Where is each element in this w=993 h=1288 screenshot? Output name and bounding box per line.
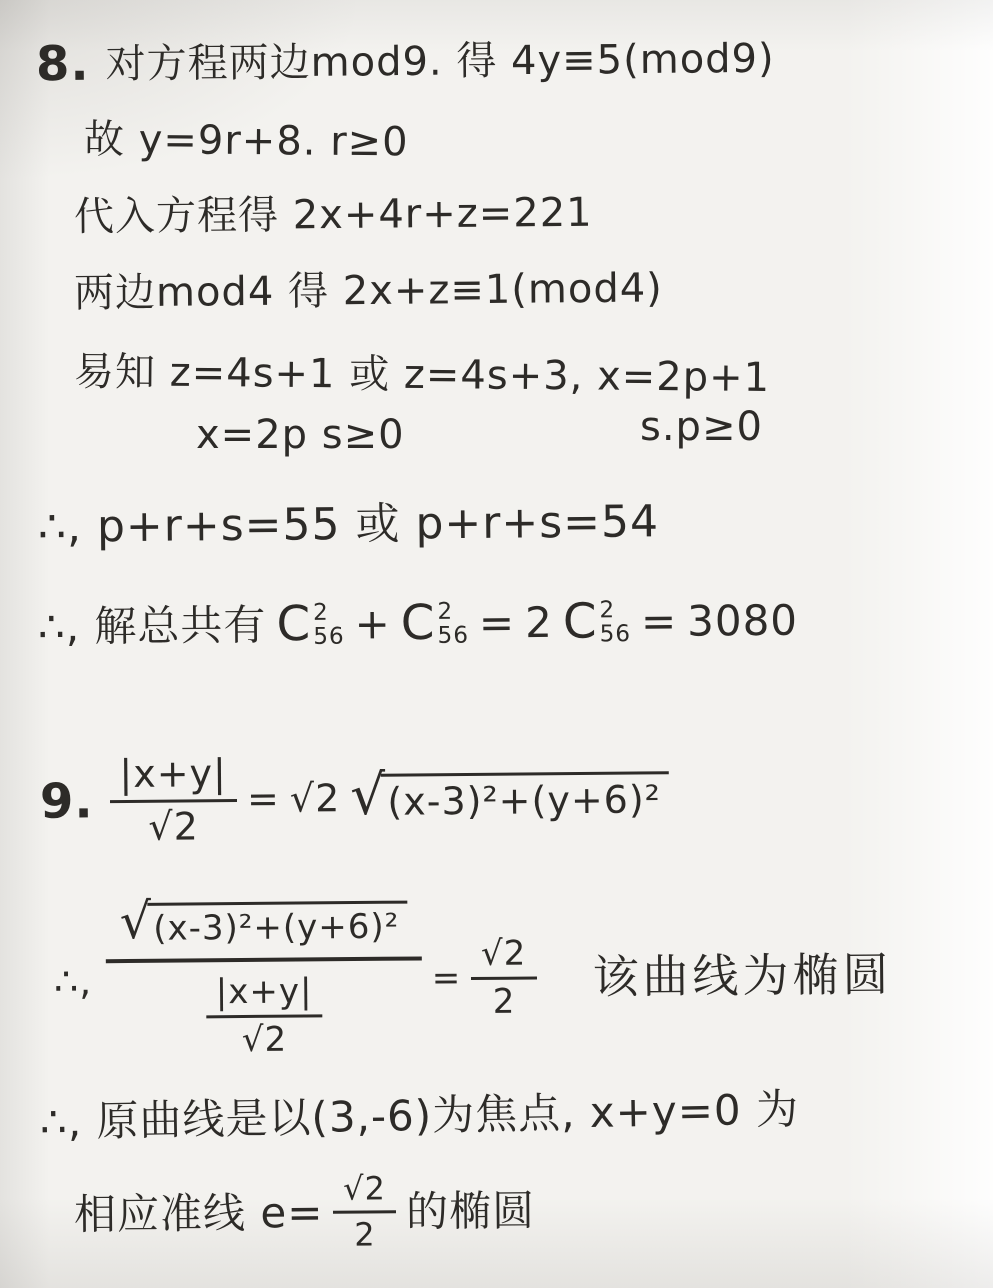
p9-line4-suffix: 的椭圆	[406, 1187, 535, 1236]
p8-line2-text: 故 y=9r+8. r≥0	[84, 117, 409, 166]
rhs-denominator: 2	[483, 980, 526, 1022]
sqrt2-coefficient: √2	[290, 778, 341, 822]
p9-equation1: 9. |x+y| √2 = √2 √ (x-3)²+(y+6)²	[40, 749, 670, 849]
p8-line7-text: ∴, p+r+s=55 或 p+r+s=54	[38, 497, 659, 553]
nested-denominator: √2	[232, 1018, 298, 1060]
p9-line4: 相应准线 e= √2 2 的椭圆	[74, 1170, 536, 1255]
radicand: (x-3)²+(y+6)²	[147, 901, 407, 949]
comb-letter: C	[276, 597, 311, 653]
coefficient-two: 2	[525, 598, 553, 647]
comb-subscript: 56	[437, 623, 469, 648]
p8-line7: ∴, p+r+s=55 或 p+r+s=54	[38, 497, 659, 553]
p9-line4-prefix: 相应准线 e=	[74, 1188, 324, 1238]
comb-superscript: 2	[313, 600, 345, 625]
lhs-fraction: |x+y| √2	[109, 753, 237, 849]
p8-line3-text: 代入方程得 2x+4r+z=221	[74, 190, 593, 241]
p8-line8-prefix: ∴, 解总共有	[38, 601, 267, 651]
combination-symbol: C 2 56	[563, 594, 632, 650]
p8-line3: 代入方程得 2x+4r+z=221	[74, 190, 593, 241]
nested-numerator: |x+y|	[206, 973, 323, 1018]
comb-letter: C	[401, 596, 436, 652]
rhs-fraction: √2 2	[471, 935, 537, 1021]
handwritten-solution-page: 8. 对方程两边mod9. 得 4y≡5(mod9) 故 y=9r+8. r≥0…	[0, 0, 993, 1288]
p8-line6a-text: x=2p s≥0	[196, 412, 405, 458]
comb-subscript: 56	[600, 622, 632, 647]
p9-line3: ∴, 原曲线是以(3,-6)为焦点, x+y=0 为	[40, 1085, 800, 1147]
p8-problem-number: 8.	[36, 37, 90, 93]
p9-problem-number: 9.	[40, 774, 94, 830]
p8-line4: 两边mod4 得 2x+z≡1(mod4)	[74, 265, 663, 316]
comb-letter: C	[563, 594, 598, 650]
equals-sign: =	[247, 778, 280, 822]
p8-line6a: x=2p s≥0	[196, 412, 405, 458]
e-numerator: √2	[333, 1171, 396, 1214]
radical-sign: √	[350, 772, 387, 819]
equals-sign: =	[641, 597, 678, 646]
square-root: √ (x-3)²+(y+6)²	[350, 771, 669, 824]
p8-line1: 8. 对方程两边mod9. 得 4y≡5(mod9)	[36, 31, 775, 93]
p8-line2: 故 y=9r+8. r≥0	[84, 117, 409, 166]
equals-sign: =	[479, 599, 516, 648]
rhs-numerator: √2	[471, 935, 537, 980]
combination-symbol: C 2 56	[276, 597, 345, 653]
radical-sign: √	[120, 901, 153, 943]
eccentricity-fraction: √2 2	[333, 1171, 396, 1253]
big-fraction: √ (x-3)²+(y+6)² |x+y| √2	[106, 900, 423, 1061]
p8-line8: ∴, 解总共有 C 2 56 + C 2 56 = 2 C 2 56 = 308…	[38, 593, 799, 655]
e-denominator: 2	[344, 1213, 386, 1253]
radicand: (x-3)²+(y+6)²	[381, 771, 669, 824]
p8-line1-text: 对方程两边mod9. 得 4y≡5(mod9)	[105, 35, 774, 87]
p9-line3-text: ∴, 原曲线是以(3,-6)为焦点, x+y=0 为	[40, 1085, 800, 1147]
p8-line5: 易知 z=4s+1 或 z=4s+3, x=2p+1	[74, 349, 770, 401]
p8-line6b: s.p≥0	[640, 404, 763, 450]
p9-equation2: ∴, √ (x-3)²+(y+6)² |x+y| √2 = √2 2 该曲线为椭…	[53, 896, 893, 1061]
p8-line5-text: 易知 z=4s+1 或 z=4s+3, x=2p+1	[74, 349, 770, 401]
comb-superscript: 2	[599, 598, 631, 623]
therefore-symbol: ∴,	[54, 960, 93, 1004]
lhs-denominator: √2	[138, 802, 209, 848]
comb-subscript: 56	[313, 624, 345, 649]
p8-result: 3080	[687, 596, 798, 645]
p8-line4-text: 两边mod4 得 2x+z≡1(mod4)	[74, 265, 663, 316]
comb-superscript: 2	[437, 599, 469, 624]
nested-fraction: |x+y| √2	[206, 973, 323, 1060]
combination-symbol: C 2 56	[401, 596, 470, 652]
square-root: √ (x-3)²+(y+6)²	[120, 901, 408, 950]
p8-line6b-text: s.p≥0	[640, 404, 763, 450]
conclusion-note: 该曲线为椭圆	[592, 949, 892, 1005]
plus-sign: +	[354, 600, 391, 649]
equals-sign: =	[432, 959, 462, 998]
lhs-numerator: |x+y|	[109, 753, 237, 803]
